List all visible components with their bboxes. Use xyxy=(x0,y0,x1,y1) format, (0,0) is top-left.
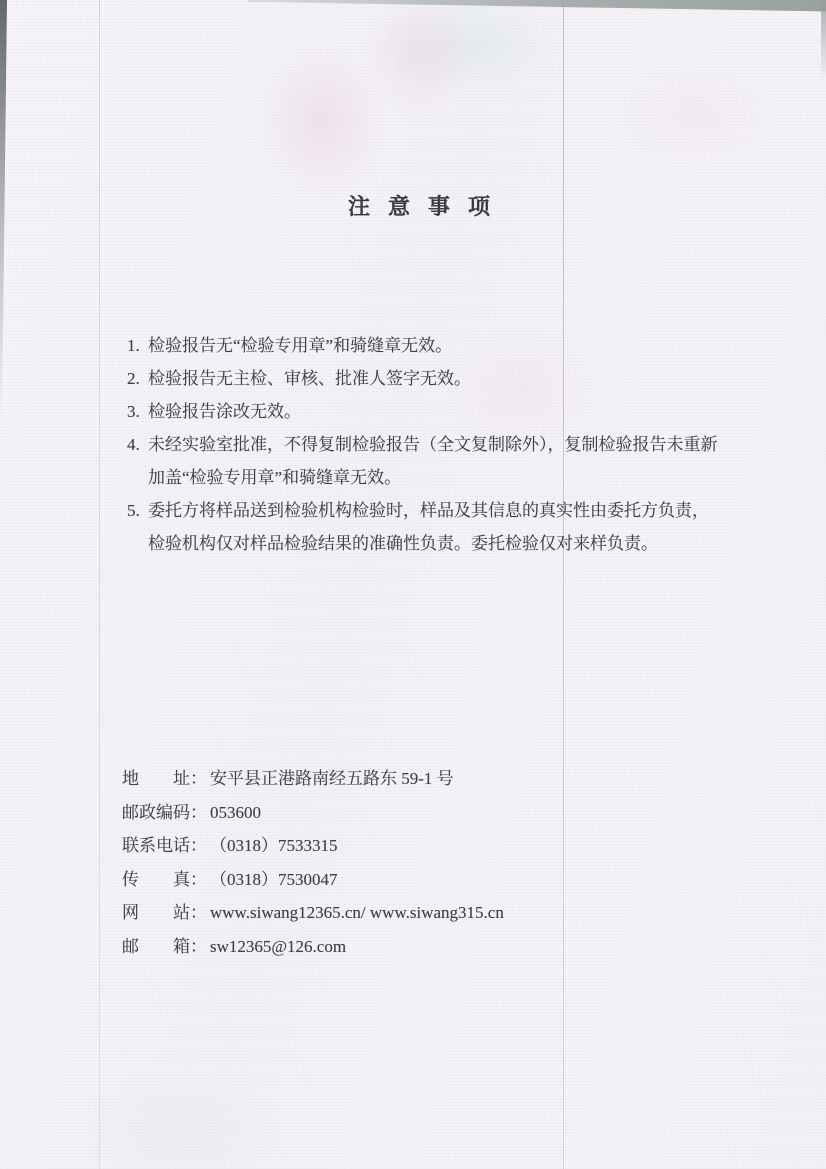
note-number: 4. xyxy=(127,428,148,461)
note-item: 4. 未经实验室批准，不得复制检验报告（全文复制除外），复制检验报告未重新 加盖… xyxy=(127,428,719,494)
security-paper-texture xyxy=(0,0,826,1169)
page-title: 注意事项 xyxy=(0,190,826,221)
fold-line-right xyxy=(563,0,564,1169)
contact-label: 邮 箱： xyxy=(122,930,210,964)
note-number: 5. xyxy=(127,494,148,527)
note-text: 委托方将样品送到检验机构检验时，样品及其信息的真实性由委托方负责， 检验机构仅对… xyxy=(148,494,719,560)
note-item: 2. 检验报告无主检、审核、批准人签字无效。 xyxy=(127,362,719,395)
contact-row-address: 地 址： 安平县正港路南经五路东 59-1 号 xyxy=(122,762,504,796)
contact-value: （0318）7533315 xyxy=(210,829,338,863)
note-text: 检验报告无主检、审核、批准人签字无效。 xyxy=(148,362,719,395)
note-item: 5. 委托方将样品送到检验机构检验时，样品及其信息的真实性由委托方负责， 检验机… xyxy=(127,494,719,560)
contact-label: 网 站： xyxy=(122,896,210,930)
contact-value: 安平县正港路南经五路东 59-1 号 xyxy=(210,762,454,796)
contact-row-fax: 传 真： （0318）7530047 xyxy=(122,863,504,897)
contact-label: 联系电话： xyxy=(122,829,210,863)
note-item: 1. 检验报告无“检验专用章”和骑缝章无效。 xyxy=(127,329,719,362)
fold-line-left xyxy=(99,0,100,1169)
contact-row-phone: 联系电话： （0318）7533315 xyxy=(122,829,504,863)
watermark-overlay xyxy=(0,0,826,1169)
contact-label: 地 址： xyxy=(122,762,210,796)
scanned-report-precautions-page: 注意事项 1. 检验报告无“检验专用章”和骑缝章无效。 2. 检验报告无主检、审… xyxy=(0,0,826,1169)
contact-label: 传 真： xyxy=(122,863,210,897)
contact-label: 邮政编码： xyxy=(122,796,210,830)
note-text: 未经实验室批准，不得复制检验报告（全文复制除外），复制检验报告未重新 加盖“检验… xyxy=(148,428,719,494)
contact-value: 053600 xyxy=(210,796,261,830)
contact-block: 地 址： 安平县正港路南经五路东 59-1 号 邮政编码： 053600 联系电… xyxy=(122,762,504,963)
scan-edge-right xyxy=(821,0,826,80)
note-text: 检验报告无“检验专用章”和骑缝章无效。 xyxy=(148,329,719,362)
notes-list: 1. 检验报告无“检验专用章”和骑缝章无效。 2. 检验报告无主检、审核、批准人… xyxy=(127,329,719,560)
note-number: 2. xyxy=(127,362,148,395)
note-text: 检验报告涂改无效。 xyxy=(148,395,719,428)
contact-row-postcode: 邮政编码： 053600 xyxy=(122,796,504,830)
note-item: 3. 检验报告涂改无效。 xyxy=(127,395,719,428)
contact-value: www.siwang12365.cn/ www.siwang315.cn xyxy=(210,896,504,930)
contact-value: （0318）7530047 xyxy=(210,863,338,897)
note-number: 1. xyxy=(127,329,148,362)
note-number: 3. xyxy=(127,395,148,428)
contact-row-email: 邮 箱： sw12365@126.com xyxy=(122,930,504,964)
contact-row-website: 网 站： www.siwang12365.cn/ www.siwang315.c… xyxy=(122,896,504,930)
scan-edge-top xyxy=(248,0,826,13)
contact-value: sw12365@126.com xyxy=(210,930,346,964)
